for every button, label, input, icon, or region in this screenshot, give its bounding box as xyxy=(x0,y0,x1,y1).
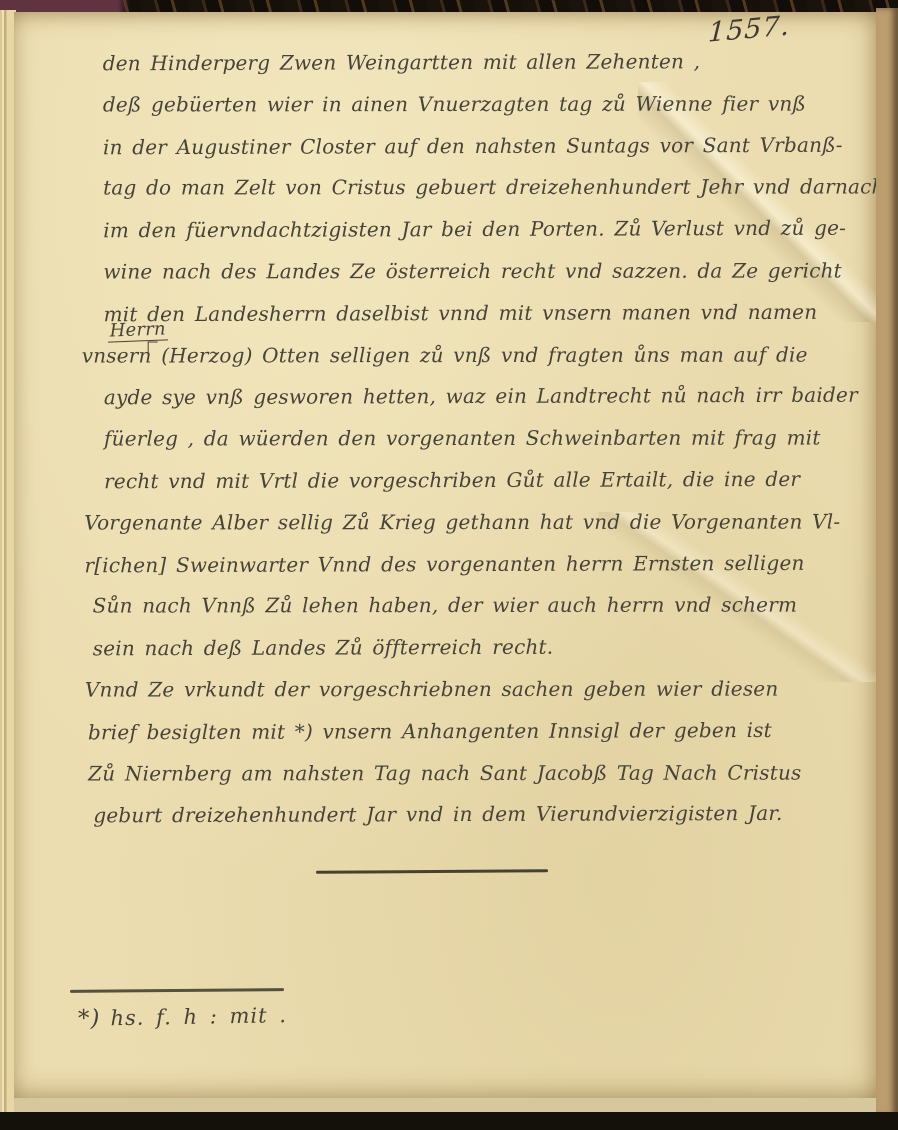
manuscript-line: mit den Landesherrn daselbist vnnd mit v… xyxy=(103,291,848,335)
interlinear-insertion: Herrn xyxy=(107,319,168,342)
book-binding-bottom xyxy=(0,1112,898,1130)
manuscript-line: Vorgenante Alber sellig Zů Krieg gethann… xyxy=(84,501,849,544)
manuscript-page: 1557. den Hinderperg Zwen Weingartten mi… xyxy=(14,12,878,1098)
manuscript-line: wine nach des Landes Ze österreich recht… xyxy=(103,250,848,293)
manuscript-photo: 1557. den Hinderperg Zwen Weingartten mi… xyxy=(0,0,898,1130)
manuscript-line: Herrn vnsern (Herzog) Otten selligen zů … xyxy=(82,334,849,377)
manuscript-line: deß gebüerten wier in ainen Vnuerzagten … xyxy=(103,83,848,126)
manuscript-text: den Hinderperg Zwen Weingartten mit alle… xyxy=(103,41,851,838)
footnote: *)hs. f. h : mit . xyxy=(78,1002,287,1032)
manuscript-line: ayde sye vnß gesworen hetten, waz ein La… xyxy=(104,375,849,419)
manuscript-line: brief besiglten mit *) vnsern Anhangente… xyxy=(88,709,850,753)
manuscript-line: Vnnd Ze vrkundt der vorgeschriebnen sach… xyxy=(85,668,850,711)
insertion-caret-mark xyxy=(148,341,158,355)
footnote-rule xyxy=(70,988,284,992)
manuscript-line: geburt dreizehenhundert Jar vnd in dem V… xyxy=(93,793,850,837)
right-fore-edge xyxy=(876,8,898,1116)
manuscript-line: sein nach deß Landes Zů öffterreich rech… xyxy=(93,626,850,670)
manuscript-line: füerleg , da wüerden den vorgenanten Sch… xyxy=(104,418,849,461)
manuscript-line: Sůn nach Vnnß Zů lehen haben, der wier a… xyxy=(93,585,850,628)
manuscript-line: Zů Niernberg am nahsten Tag nach Sant Ja… xyxy=(88,752,850,795)
manuscript-line: recht vnd mit Vrtl die vorgeschriben Gůt… xyxy=(104,459,849,503)
section-divider-rule xyxy=(316,869,548,874)
manuscript-line: im den füervndachtzigisten Jar bei den P… xyxy=(103,208,848,252)
manuscript-line-text: vnsern (Herzog) Otten selligen zů vnß vn… xyxy=(82,342,808,367)
manuscript-line: r[ichen] Sweinwarter Vnnd des vorgenante… xyxy=(84,542,849,586)
manuscript-line: den Hinderperg Zwen Weingartten mit alle… xyxy=(103,41,848,85)
footnote-text: hs. f. h : mit . xyxy=(110,1003,287,1030)
manuscript-line: tag do man Zelt von Cristus gebuert drei… xyxy=(103,167,848,210)
manuscript-line: in der Augustiner Closter auf den nahste… xyxy=(103,124,848,168)
footnote-marker: *) xyxy=(78,1005,101,1031)
